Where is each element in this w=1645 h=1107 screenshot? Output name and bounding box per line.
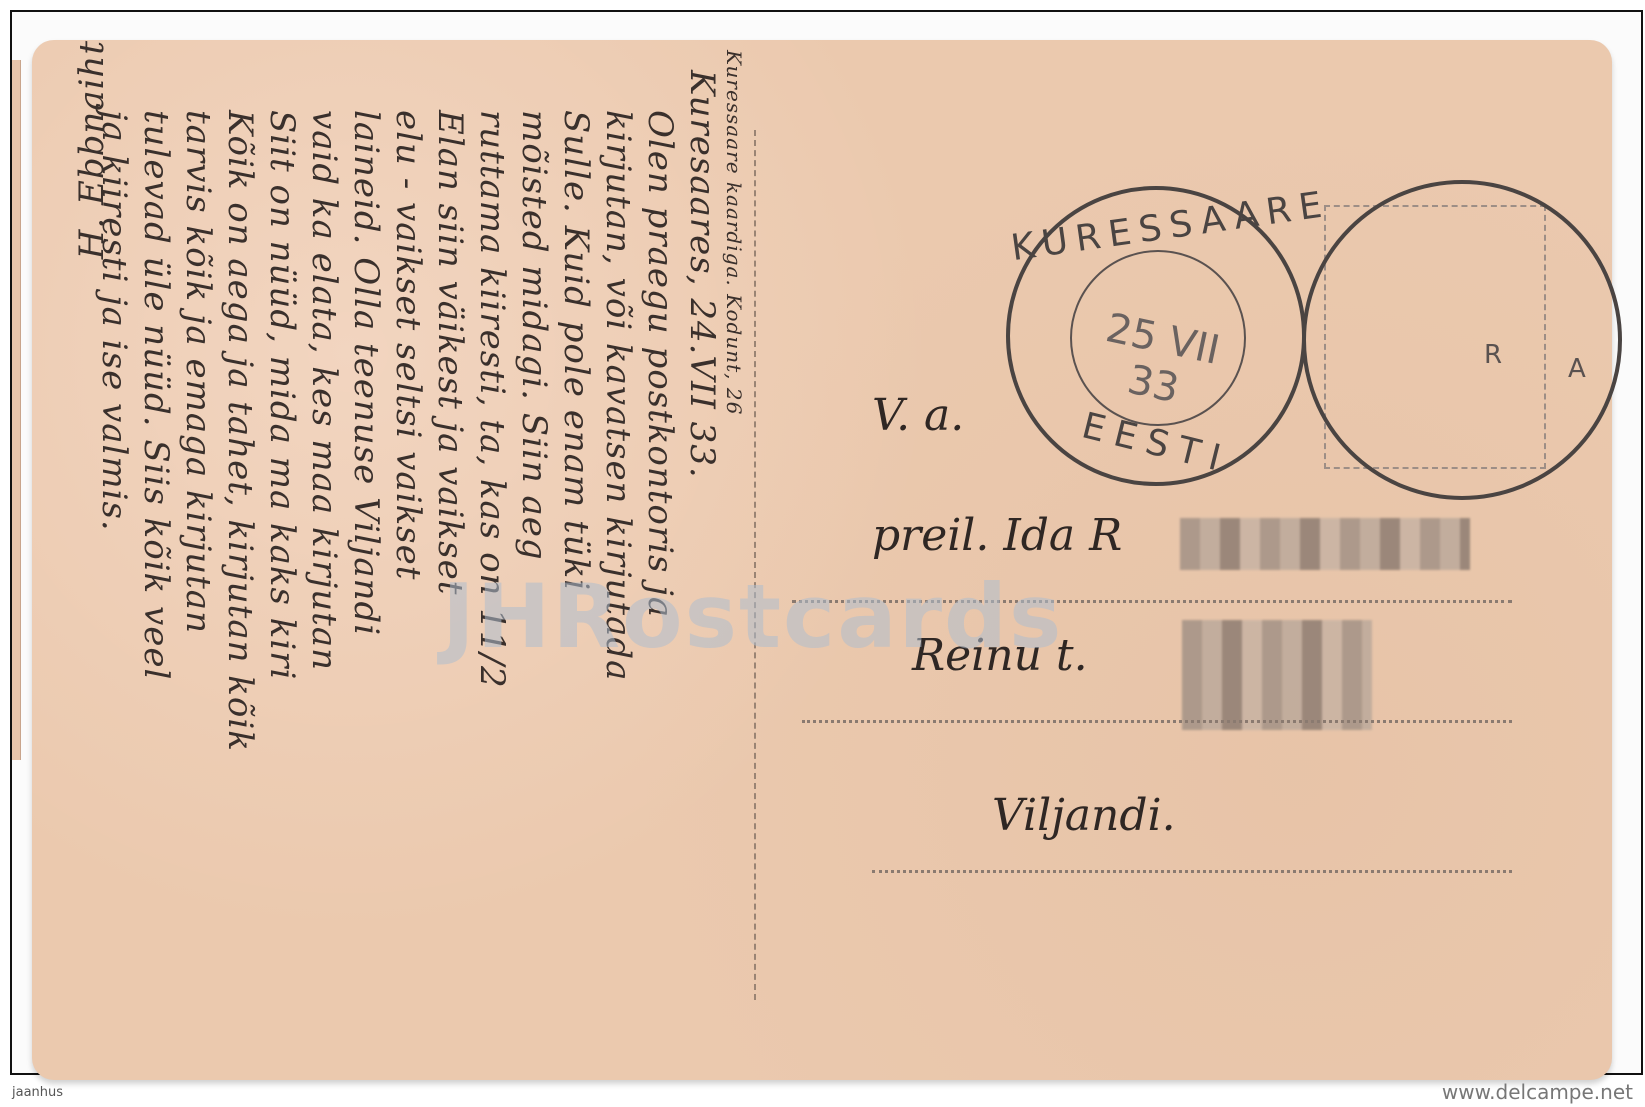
margin-note: Kuressaare kaardiga. Kodunt, 26: [722, 50, 746, 415]
message-line: Elan siin väikest ja vaikset: [430, 110, 470, 595]
signature: H. Ebbnaiht: [72, 40, 112, 259]
address-line-4: Viljandi.: [992, 790, 1176, 841]
message-line: vaid ka elata, kes maa kirjutan: [304, 110, 344, 671]
message-line: elu - vaikset seltsi vaikset: [388, 110, 428, 580]
message-line: Sulle. Kuid pole enam tüki: [556, 110, 596, 591]
redacted-street-number: [1182, 620, 1372, 730]
postmark-letter: A: [1568, 354, 1586, 384]
watermark: JHRostcards: [442, 565, 1063, 668]
message-line: Kõik on aega ja tahet, kirjutan kõik: [220, 110, 260, 752]
second-postmark: R A: [1302, 180, 1622, 500]
adjacent-card-edge: [12, 60, 21, 760]
site-watermark: www.delcampe.net: [1442, 1080, 1633, 1104]
postcard-back: Kuresaares, 24.VII 33.Olen praegu postko…: [32, 40, 1612, 1080]
message-line: Siit on nüüd, mida ma kaks kiri: [262, 110, 302, 680]
postmark-inner-ring: 25 VII 33: [1070, 250, 1246, 426]
address-dotted-line: [872, 870, 1512, 873]
message-line: Olen praegu postkontoris ja: [640, 110, 680, 618]
postmark: KURESSAARE 25 VII 33 EESTI: [1006, 186, 1306, 486]
redacted-surname: [1180, 518, 1470, 570]
message-line: tarvis kõik ja emaga kirjutan: [178, 110, 218, 634]
address-line-2: preil. Ida R: [872, 510, 1122, 561]
address-line-1: V. a.: [872, 390, 964, 441]
uploader-name: jaanhus: [12, 1085, 63, 1100]
message-line: tulevad üle nüüd. Siis kõik veel: [136, 110, 176, 680]
message-line: mõisted midagi. Siin aeg: [514, 110, 554, 561]
postmark-letter: R: [1484, 340, 1502, 370]
address-dotted-line: [802, 720, 1512, 723]
message-line: Kuresaares, 24.VII 33.: [682, 70, 722, 479]
message-line: laineid. Olla teenuse Viljandi: [346, 110, 386, 636]
